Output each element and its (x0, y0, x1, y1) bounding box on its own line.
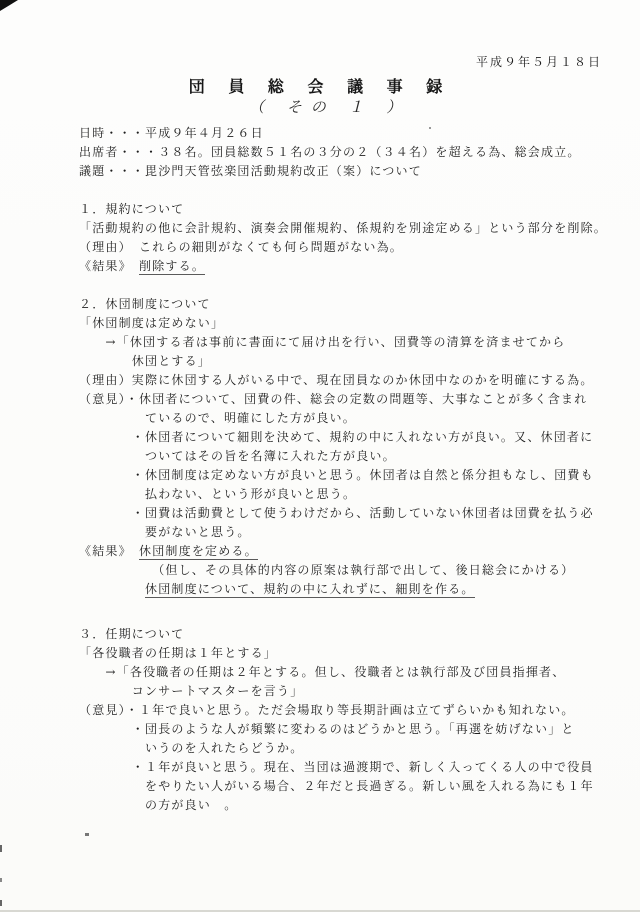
line-segment: いうのを入れたらどうか。 (79, 741, 303, 755)
document-line: 議題・・・毘沙門天管弦楽団活動規約改正（案）について (79, 162, 629, 181)
scan-edge-mark (0, 845, 2, 852)
line-segment: （意見）・休団者について、団費の件、総会の定数の問題等、大事なことが多く含まれ (79, 392, 587, 406)
document-line: 「各役職者の任期は１年とする」 (79, 644, 629, 663)
document-line: （理由）実際に休団する人がいる中で、現在団員なのか休団中なのかを明確にする為。 (79, 371, 629, 390)
document-line: 出席者・・・３８名。団員総数５１名の３分の２（３４名）を超える為、総会成立。 (79, 143, 629, 162)
line-segment: 《結果》 (79, 544, 139, 558)
document-line: ３．任期について (79, 625, 629, 644)
document-line: いうのを入れたらどうか。 (79, 739, 629, 758)
document-line: 《結果》 削除する。 (79, 257, 629, 276)
line-segment: →「休団する者は事前に書面にて届け出を行い、団費等の清算を済ませてから (79, 335, 565, 349)
document-line: ついてはその旨を名簿に入れた方が良い。 (79, 447, 629, 466)
document-line: 「活動規約の他に会計規約、演奏会開催規約、係規約を別途定める」という部分を削除。 (79, 219, 629, 238)
document-line: （意見）・１年で良いと思う。ただ会場取り等長期計画は立てずらいかも知れない。 (79, 701, 629, 720)
line-segment: １．規約について (79, 202, 184, 216)
blank-line (79, 276, 629, 295)
line-segment: →「各役職者の任期は２年とする。但し、役職者とは執行部及び団員指揮者、 (79, 665, 565, 679)
line-segment: ・休団制度は定めない方が良いと思う。休団者は自然と係分担もなし、団費も (79, 468, 594, 482)
document-line: （但し、その具体的内容の原案は執行部で出して、後日総会にかける） (79, 561, 629, 580)
underlined-result-text: 休団制度を定める。 (139, 544, 258, 560)
line-segment: ・休団者について細則を決めて、規約の中に入れない方が良い。又、休団者に (79, 430, 593, 444)
line-segment: 要がないと思う。 (79, 525, 251, 539)
document-line: 休団とする」 (79, 352, 629, 371)
line-segment: （意見）・１年で良いと思う。ただ会場取り等長期計画は立てずらいかも知れない。 (79, 703, 575, 717)
line-segment: 「休団制度は定めない」 (79, 316, 224, 330)
line-segment: ついてはその旨を名簿に入れた方が良い。 (79, 449, 396, 463)
blank-line (79, 181, 629, 200)
document-line: の方が良い 。 (79, 796, 629, 815)
line-segment: 「各役職者の任期は１年とする」 (79, 646, 277, 660)
line-segment: をやりたい人がいる場合、２年だと長過ぎる。新しい風を入れる為にも１年 (79, 779, 594, 793)
line-segment: の方が良い 。 (79, 798, 237, 812)
document-line: 「休団制度は定めない」 (79, 314, 629, 333)
document-line: （理由） これらの細則がなくても何ら問題がない為。 (79, 238, 629, 257)
document-line: ているので、明確にした方が良い。 (79, 409, 629, 428)
line-segment: ・団費は活動費として使うわけだから、活動していない休団者は団費を払う必 (79, 506, 594, 520)
document-line: 日時・・・平成９年４月２６日 (79, 124, 629, 143)
document-line: 《結果》 休団制度を定める。 (79, 542, 629, 561)
document-line: ・団費は活動費として使うわけだから、活動していない休団者は団費を払う必 (79, 504, 629, 523)
line-segment: 日時・・・平成９年４月２６日 (79, 126, 264, 140)
line-segment: 「活動規約の他に会計規約、演奏会開催規約、係規約を別途定める」という部分を削除。 (79, 221, 607, 235)
line-segment: （但し、その具体的内容の原案は執行部で出して、後日総会にかける） (79, 563, 574, 577)
document-line: →「各役職者の任期は２年とする。但し、役職者とは執行部及び団員指揮者、 (79, 663, 629, 682)
line-segment: 払わない、という形が良いと思う。 (79, 487, 356, 501)
line-segment: 出席者・・・３８名。団員総数５１名の３分の２（３４名）を超える為、総会成立。 (79, 145, 581, 159)
document-line: ２．休団制度について (79, 295, 629, 314)
line-segment: （理由） これらの細則がなくても何ら問題がない為。 (79, 240, 403, 254)
document-line: （意見）・休団者について、団費の件、総会の定数の問題等、大事なことが多く含まれ (79, 390, 629, 409)
line-segment: ・１年が良いと思う。現在、当団は過渡期で、新しく入ってくる人の中で役員 (79, 760, 594, 774)
scan-corner-artifact (0, 0, 18, 11)
line-segment: ２．休団制度について (79, 297, 211, 311)
document-line: コンサートマスターを言う」 (79, 682, 629, 701)
document-line: 要がないと思う。 (79, 523, 629, 542)
line-segment: コンサートマスターを言う」 (79, 684, 303, 698)
document-line: →「休団する者は事前に書面にて届け出を行い、団費等の清算を済ませてから (79, 333, 629, 352)
line-segment: ・団長のような人が頻繁に変わるのはどうかと思う。「再選を妨げない」と (79, 722, 575, 736)
scan-speck (429, 127, 431, 129)
blank-line (79, 599, 629, 625)
line-segment (79, 582, 145, 596)
scanned-document-page: 平成９年５月１８日 団 員 総 会 議 事 録 （ その １ ） 日時・・・平成… (0, 0, 640, 912)
document-line: ・団長のような人が頻繁に変わるのはどうかと思う。「再選を妨げない」と (79, 720, 629, 739)
document-line: 払わない、という形が良いと思う。 (79, 485, 629, 504)
underlined-result-text: 削除する。 (139, 259, 205, 275)
document-title: 団 員 総 会 議 事 録 (189, 74, 451, 97)
line-segment: 《結果》 (79, 259, 139, 273)
line-segment: ３．任期について (79, 627, 184, 641)
line-segment: 議題・・・毘沙門天管弦楽団活動規約改正（案）について (79, 164, 422, 178)
document-line: をやりたい人がいる場合、２年だと長過ぎる。新しい風を入れる為にも１年 (79, 777, 629, 796)
underlined-result-text: 休団制度について、規約の中に入れずに、細則を作る。 (145, 582, 475, 598)
scan-edge-mark (0, 878, 2, 882)
line-segment: ているので、明確にした方が良い。 (79, 411, 356, 425)
document-line: 休団制度について、規約の中に入れずに、細則を作る。 (79, 580, 629, 599)
document-body: 日時・・・平成９年４月２６日出席者・・・３８名。団員総数５１名の３分の２（３４名… (79, 124, 629, 815)
document-line: ・１年が良いと思う。現在、当団は過渡期で、新しく入ってくる人の中で役員 (79, 758, 629, 777)
document-line: １．規約について (79, 200, 629, 219)
line-segment: 休団とする」 (79, 354, 211, 368)
scan-edge-mark (0, 900, 2, 906)
document-date: 平成９年５月１８日 (476, 53, 602, 70)
line-segment: （理由）実際に休団する人がいる中で、現在団員なのか休団中なのかを明確にする為。 (79, 373, 594, 387)
scan-speck (85, 833, 89, 836)
document-subtitle: （ その １ ） (249, 96, 410, 117)
document-line: ・休団制度は定めない方が良いと思う。休団者は自然と係分担もなし、団費も (79, 466, 629, 485)
document-line: ・休団者について細則を決めて、規約の中に入れない方が良い。又、休団者に (79, 428, 629, 447)
